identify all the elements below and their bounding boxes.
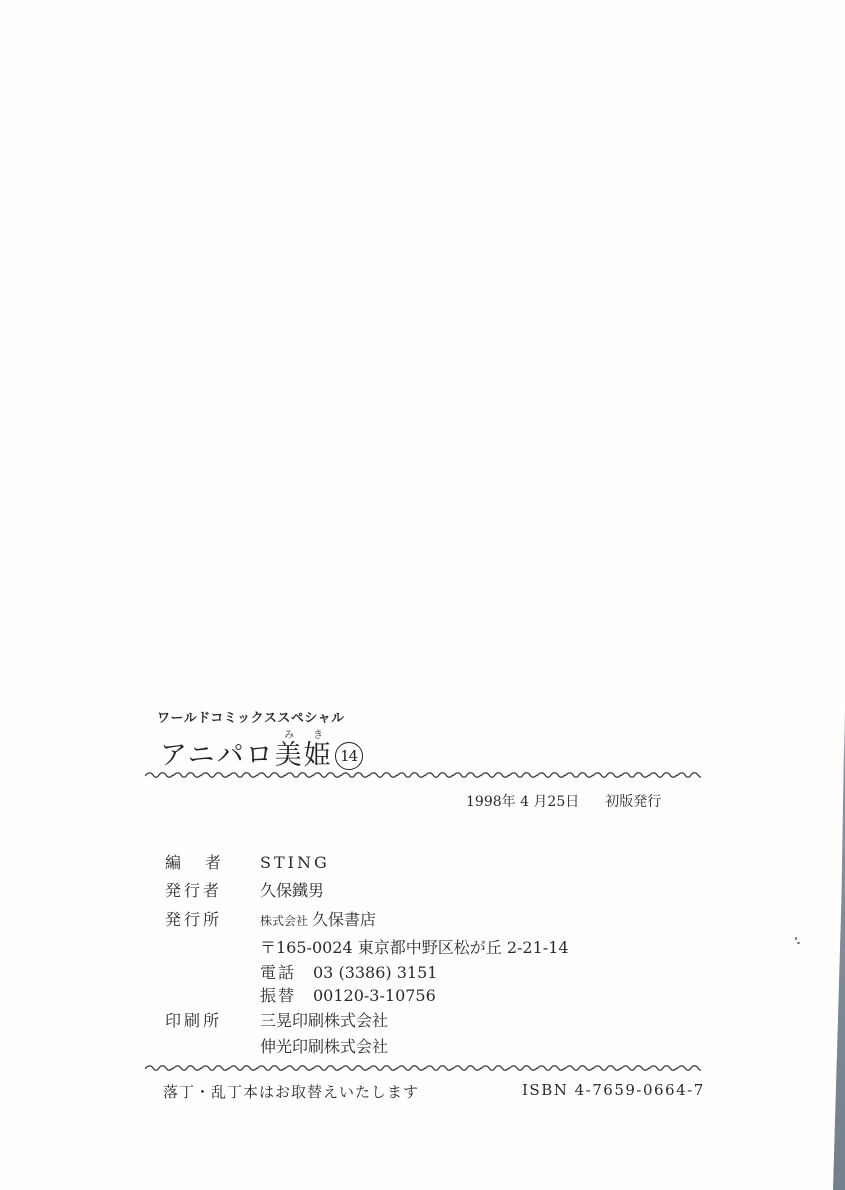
credit-label: 編者 (165, 850, 260, 873)
title-main: アニパロ (160, 740, 275, 771)
book-title: アニパロ美み姫き14 (160, 730, 363, 772)
ruby-mi: み (275, 730, 304, 741)
release-date: 1998年 4 月25日 (466, 794, 579, 810)
printer-name: 三晃印刷株式会社 (260, 1011, 388, 1030)
phone-value: 03 (3386) 3151 (313, 963, 437, 982)
series-label: ワールドコミックススペシャル (157, 707, 345, 726)
paper-speck (797, 942, 800, 944)
credit-publisher-person: 発行者久保鐵男 (165, 878, 324, 901)
ornament-rule-top (145, 771, 701, 779)
credit-printer-2: 伸光印刷株式会社 (260, 1034, 388, 1057)
wave-ornament-icon (145, 1064, 701, 1072)
title-kanji-mi: 美み (275, 740, 304, 771)
ornament-rule-bottom (145, 1064, 701, 1072)
publisher-phone: 電話03 (3386) 3151 (260, 960, 437, 983)
title-kanji-ki: 姫き (304, 740, 333, 771)
replacement-notice: 落丁・乱丁本はお取替えいたします (163, 1081, 419, 1102)
credit-publisher-company: 発行所株式会社久保書店 (165, 907, 376, 930)
credit-label: 発行者 (165, 878, 260, 901)
credit-editor: 編者STING (165, 850, 330, 873)
printer-label: 印刷所 (165, 1008, 260, 1031)
publisher-transfer: 振替00120-3-10756 (260, 983, 436, 1006)
transfer-label: 振替 (260, 983, 313, 1006)
ruby-ki: き (304, 730, 333, 741)
isbn: ISBN 4-7659-0664-7 (522, 1081, 705, 1099)
credit-value: 久保鐵男 (260, 881, 324, 900)
publisher-address: 〒165-0024 東京都中野区松が丘 2-21-14 (260, 935, 569, 958)
release-info: 1998年 4 月25日初版発行 (466, 791, 661, 811)
credit-value: 久保書店 (312, 910, 376, 929)
transfer-value: 00120-3-10756 (313, 986, 436, 1005)
credit-label: 発行所 (165, 907, 260, 930)
credit-printer-1: 印刷所三晃印刷株式会社 (165, 1008, 388, 1031)
page-edge-shadow (833, 0, 845, 1190)
phone-label: 電話 (260, 960, 313, 983)
paper-speck (795, 937, 797, 940)
edition-label: 初版発行 (605, 794, 661, 810)
corp-prefix: 株式会社 (260, 914, 308, 928)
volume-number-circle: 14 (335, 742, 363, 770)
wave-ornament-icon (145, 771, 701, 779)
credit-value: STING (260, 853, 330, 872)
